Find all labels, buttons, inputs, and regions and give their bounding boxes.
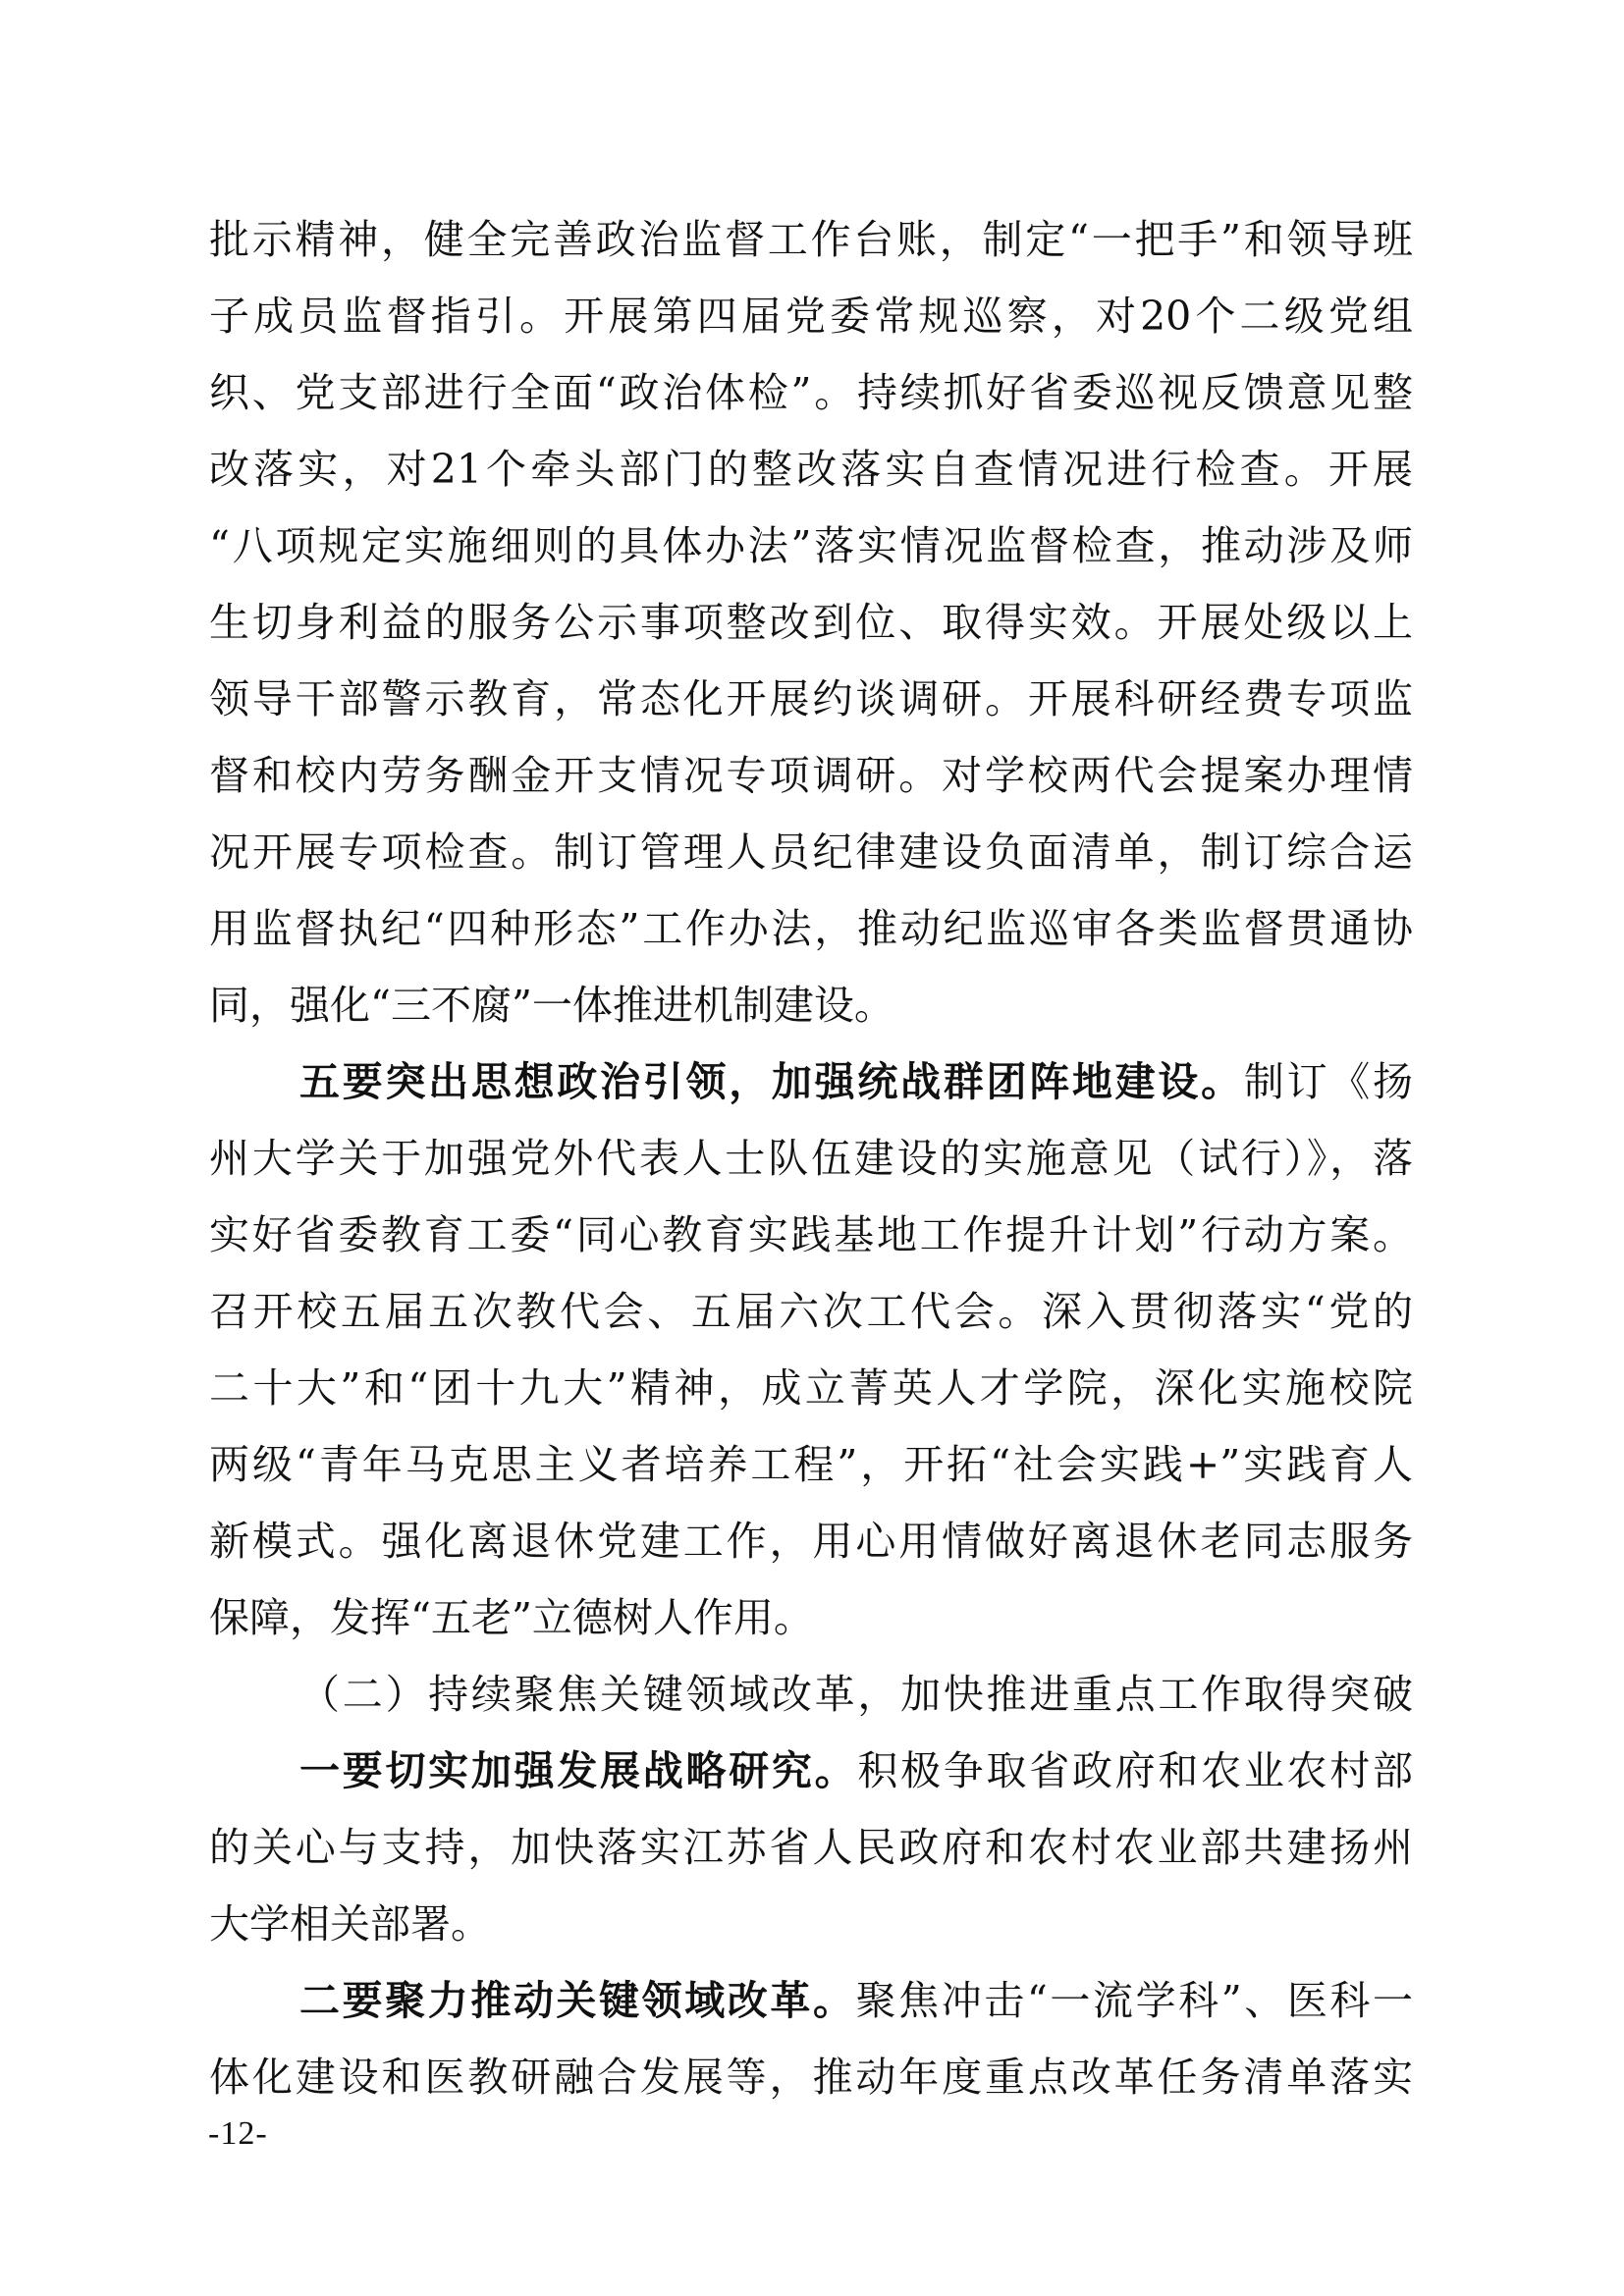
text-line: 督和校内劳务酬金开支情况专项调研。对学校两代会提案办理情	[209, 748, 1413, 803]
text-line: 况开展专项检查。制订管理人员纪律建设负面清单，制订综合运	[209, 825, 1413, 880]
text-line: 改落实，对21个牵头部门的整改落实自查情况进行检查。开展	[209, 442, 1413, 497]
text-line: 子成员监督指引。开展第四届党委常规巡察，对20个二级党组	[209, 289, 1413, 344]
text-line: 两级“青年马克思主义者培养工程”，开拓“社会实践+”实践育人	[209, 1437, 1413, 1492]
text-line: 召开校五届五次教代会、五届六次工代会。深入贯彻落实“党的	[209, 1284, 1413, 1339]
text-line: 新模式。强化离退休党建工作，用心用情做好离退休老同志服务	[209, 1514, 1413, 1569]
text-line: 同，强化“三不腐”一体推进机制建设。	[209, 978, 1413, 1033]
text-line: 实好省委教育工委“同心教育实践基地工作提升计划”行动方案。	[209, 1207, 1413, 1262]
paragraph-lead-text: 积极争取省政府和农业农村部	[857, 1747, 1413, 1794]
text-line: 二十大”和“团十九大”精神，成立菁英人才学院，深化实施校院	[209, 1361, 1413, 1415]
page-number: -12-	[208, 2112, 268, 2156]
text-line: 大学相关部署。	[209, 1896, 1413, 1951]
paragraph-lead-text: 聚焦冲击“一流学科”、医科一	[856, 1977, 1413, 2024]
text-line: 织、党支部进行全面“政治体检”。持续抓好省委巡视反馈意见整	[209, 365, 1413, 420]
text-line: 领导干部警示教育，常态化开展约谈调研。开展科研经费专项监	[209, 671, 1413, 726]
paragraph-lead-line: 二要聚力推动关键领域改革。聚焦冲击“一流学科”、医科一	[299, 1973, 1413, 2028]
section-heading: （二）持续聚焦关键领域改革，加快推进重点工作取得突破	[299, 1667, 1413, 1722]
paragraph-lead-text: 制订《扬	[1244, 1058, 1413, 1105]
text-line: 用监督执纪“四种形态”工作办法，推动纪监巡审各类监督贯通协	[209, 901, 1413, 956]
text-line: 保障，发挥“五老”立德树人作用。	[209, 1590, 1413, 1645]
paragraph-lead-line: 一要切实加强发展战略研究。积极争取省政府和农业农村部	[299, 1743, 1413, 1798]
text-line: 体化建设和医教研融合发展等，推动年度重点改革任务清单落实	[209, 2050, 1413, 2105]
paragraph-lead-heading: 二要聚力推动关键领域改革。	[299, 1977, 856, 2024]
text-line: 州大学关于加强党外代表人士队伍建设的实施意见（试行）》，落	[209, 1131, 1413, 1186]
text-line: “八项规定实施细则的具体办法”落实情况监督检查，推动涉及师	[209, 518, 1413, 573]
paragraph-lead-heading: 一要切实加强发展战略研究。	[299, 1747, 857, 1794]
text-line: 的关心与支持，加快落实江苏省人民政府和农村农业部共建扬州	[209, 1820, 1413, 1875]
text-line: 生切身利益的服务公示事项整改到位、取得实效。开展处级以上	[209, 595, 1413, 650]
text-line: 批示精神，健全完善政治监督工作台账，制定“一把手”和领导班	[209, 212, 1413, 267]
paragraph-lead-heading: 五要突出思想政治引领，加强统战群团阵地建设。	[299, 1058, 1244, 1105]
paragraph-lead-line: 五要突出思想政治引领，加强统战群团阵地建设。制订《扬	[299, 1054, 1413, 1109]
document-page: 批示精神，健全完善政治监督工作台账，制定“一把手”和领导班 子成员监督指引。开展…	[0, 0, 1624, 2296]
